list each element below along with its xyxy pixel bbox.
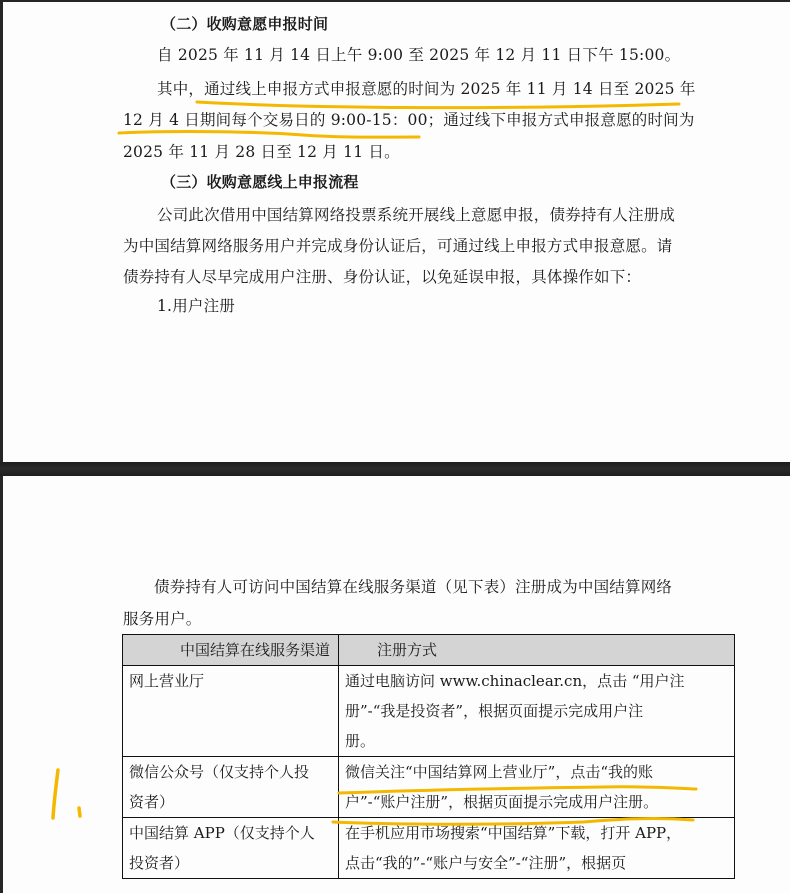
- page-separator: [0, 462, 790, 476]
- column-header-channel: 中国结算在线服务渠道: [123, 635, 339, 666]
- cell-method: 微信关注“中国结算网上营业厅”，点击“我的账 户”-“账户注册”，根据页面提示完…: [339, 757, 735, 818]
- text-prefix: 其中，: [157, 80, 204, 98]
- cell-text: 投资者）: [129, 848, 338, 878]
- section-heading-application-time: （二）收购意愿申报时间: [161, 14, 328, 34]
- cell-text: 户”-“账户注册”，根据页面提示完成用户注册。: [345, 787, 734, 817]
- cell-text: 微信公众号（仅支持个人投: [129, 757, 338, 787]
- cell-text: 在手机应用市场搜索“中国结算”下载，打开 APP，: [345, 818, 734, 848]
- document-page-2: 债券持有人可访问中国结算在线服务渠道（见下表）注册成为中国结算网络 服务用户。 …: [3, 476, 790, 893]
- cell-text: 网上营业厅: [129, 666, 338, 696]
- paragraph-intro-line-2: 服务用户。: [123, 609, 202, 629]
- table-row: 中国结算 APP（仅支持个人 投资者） 在手机应用市场搜索“中国结算”下载，打开…: [123, 818, 735, 879]
- paragraph-online-period-line-2: 12 月 4 日期间每个交易日的 9:00-15：00；通过线下申报方式申报意愿…: [123, 110, 695, 130]
- section-heading-online-process: （三）收购意愿线上申报流程: [161, 172, 359, 192]
- cell-channel: 中国结算 APP（仅支持个人 投资者）: [123, 818, 339, 879]
- cell-channel: 网上营业厅: [123, 666, 339, 757]
- cell-text: 微信关注“中国结算网上营业厅”，点击“我的账: [345, 757, 734, 787]
- paragraph-process-line-3: 债券持有人尽早完成用户注册、身份认证，以免延误申报，具体操作如下：: [123, 267, 641, 287]
- paragraph-process-line-1: 公司此次借用中国结算网络投票系统开展线上意愿申报，债券持有人注册成: [157, 205, 675, 225]
- table-row: 网上营业厅 通过电脑访问 www.chinaclear.cn，点击 “用户注 册…: [123, 666, 735, 757]
- step-1-user-registration: 1.用户注册: [157, 296, 235, 316]
- cell-text: 中国结算 APP（仅支持个人: [129, 818, 338, 848]
- cell-text: 册。: [345, 726, 734, 756]
- document-page-1: （二）收购意愿申报时间 自 2025 年 11 月 14 日上午 9:00 至 …: [3, 2, 790, 462]
- text-highlighted: 通过线上申报方式申报意愿的时间为 2025 年 11 月 14 日至 2025 …: [204, 80, 695, 98]
- cell-channel: 微信公众号（仅支持个人投 资者）: [123, 757, 339, 818]
- cell-spacer: [129, 696, 338, 726]
- cell-method: 在手机应用市场搜索“中国结算”下载，打开 APP， 点击“我的”-“账户与安全”…: [339, 818, 735, 879]
- paragraph-online-period-line-3: 2025 年 11 月 28 日至 12 月 11 日。: [123, 142, 400, 162]
- table-header-row: 中国结算在线服务渠道 注册方式: [123, 635, 735, 666]
- cell-text: 册”-“我是投资者”，根据页面提示完成用户注: [345, 696, 734, 726]
- column-header-method: 注册方式: [339, 635, 735, 666]
- paragraph-application-period: 自 2025 年 11 月 14 日上午 9:00 至 2025 年 12 月 …: [157, 45, 680, 65]
- paragraph-online-period-line-1: 其中，通过线上申报方式申报意愿的时间为 2025 年 11 月 14 日至 20…: [157, 79, 696, 99]
- cell-method: 通过电脑访问 www.chinaclear.cn，点击 “用户注 册”-“我是投…: [339, 666, 735, 757]
- highlight-underline-marks: [3, 2, 790, 462]
- table-row: 微信公众号（仅支持个人投 资者） 微信关注“中国结算网上营业厅”，点击“我的账 …: [123, 757, 735, 818]
- registration-channels-table: 中国结算在线服务渠道 注册方式 网上营业厅 通过电脑访问 www.chinacl…: [122, 634, 735, 879]
- paragraph-process-line-2: 为中国结算网络服务用户并完成身份认证后，可通过线上申报方式申报意愿。请: [123, 236, 673, 256]
- cell-spacer: [129, 726, 338, 756]
- paragraph-intro-line-1: 债券持有人可访问中国结算在线服务渠道（见下表）注册成为中国结算网络: [154, 577, 672, 597]
- cell-text: 点击“我的”-“账户与安全”-“注册”，根据页: [345, 848, 734, 878]
- cell-text: 资者）: [129, 787, 338, 817]
- cell-text: 通过电脑访问 www.chinaclear.cn，点击 “用户注: [345, 666, 734, 696]
